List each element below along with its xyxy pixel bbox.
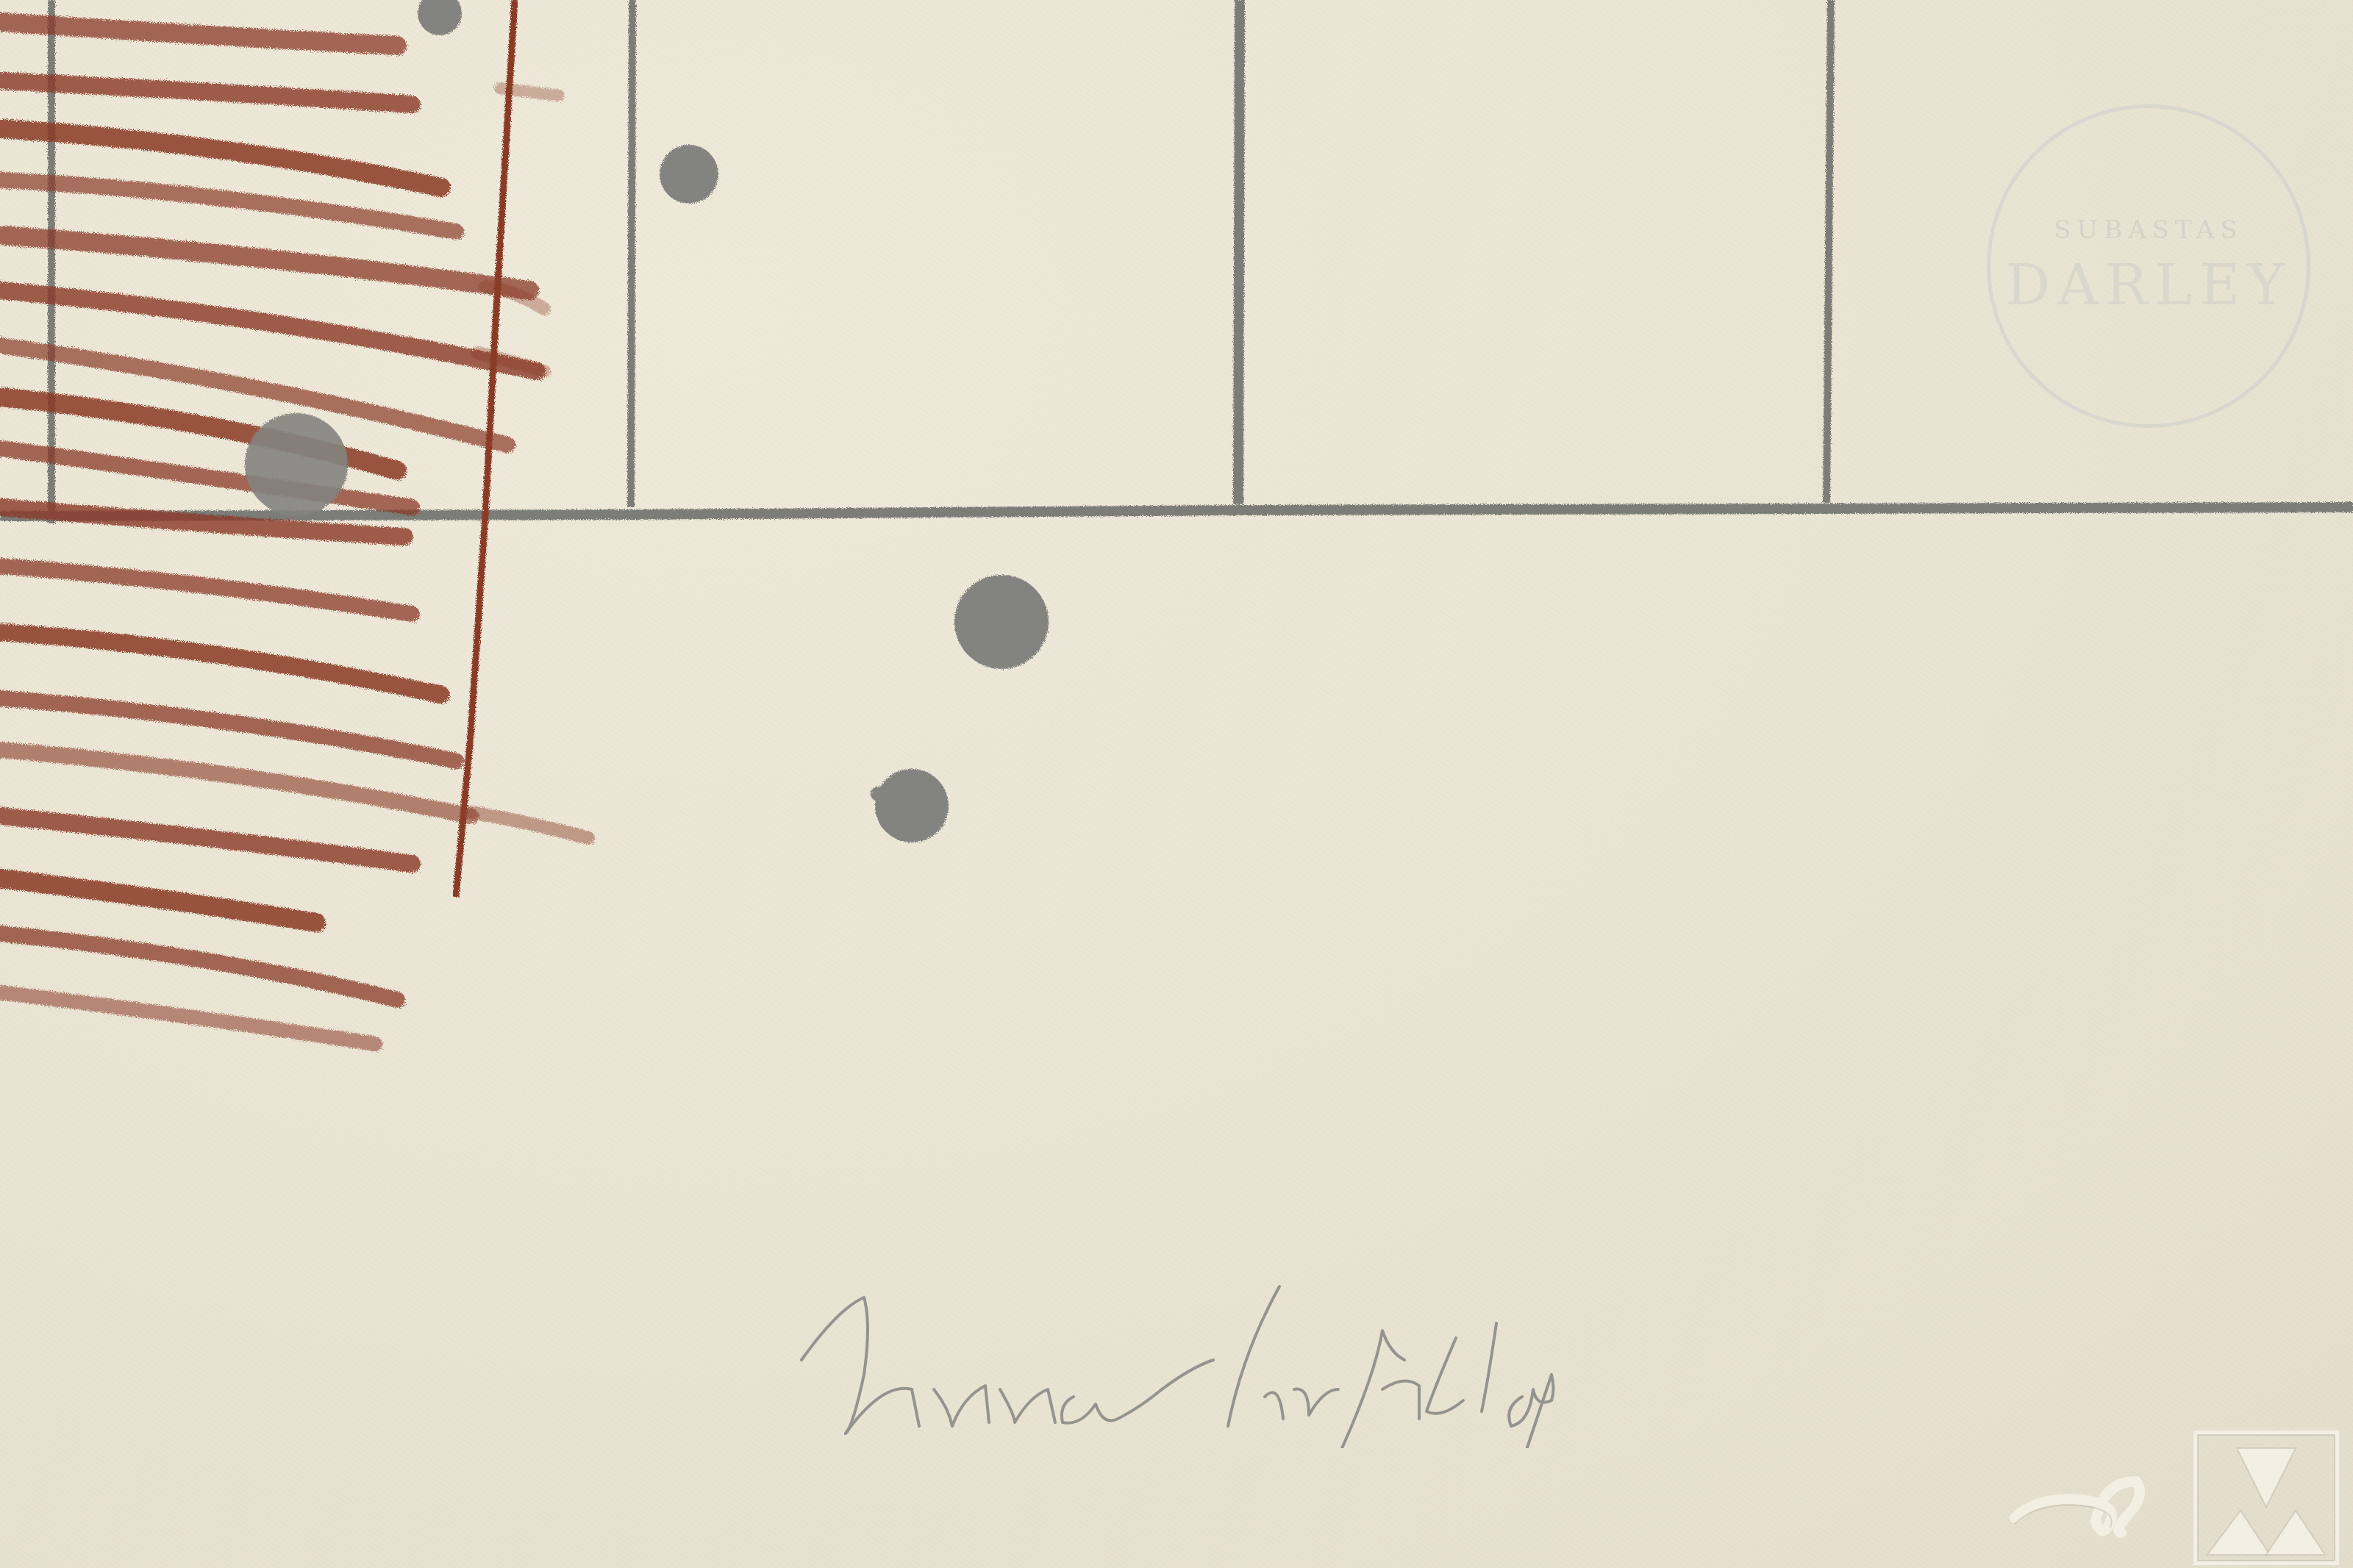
- grey-dots: [245, 0, 1049, 842]
- dot: [418, 0, 462, 35]
- dot: [875, 769, 949, 842]
- watermark-seal: SUBASTAS DARLEY: [1987, 104, 2310, 428]
- artwork-photo: SUBASTAS DARLEY Francesco Clemente '04: [0, 0, 2353, 1568]
- dot: [660, 145, 718, 204]
- watermark-line1: SUBASTAS: [2054, 215, 2243, 245]
- watermark-line2: DARLEY: [2005, 252, 2291, 318]
- dot: [245, 413, 348, 516]
- monogram-blind-stamp-icon: [1993, 1452, 2162, 1540]
- signature-scribble-icon: [794, 1279, 2044, 1448]
- publisher-blind-stamp-icon: [2193, 1430, 2340, 1566]
- pencil-signature: Francesco Clemente '04: [794, 1279, 2044, 1448]
- dot: [954, 575, 1049, 669]
- red-crayon-hatching: [0, 22, 588, 1044]
- dot: [871, 787, 885, 801]
